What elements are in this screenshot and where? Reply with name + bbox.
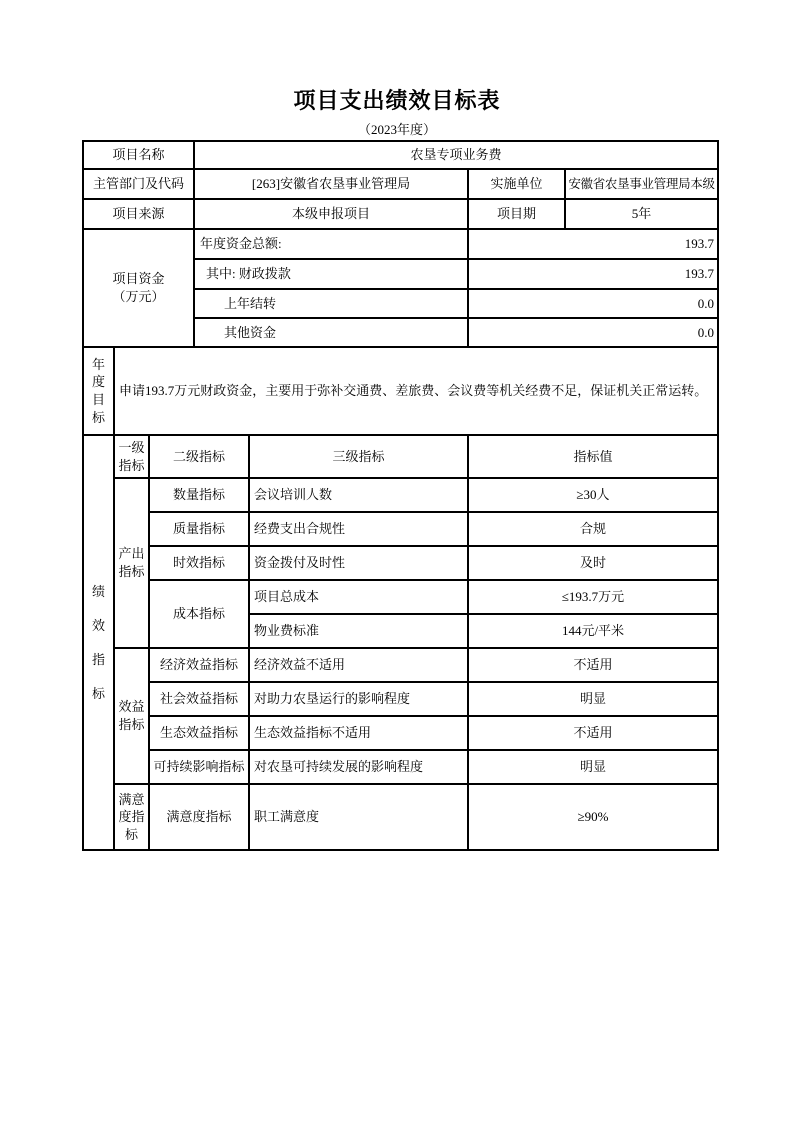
period-cell: 5年 bbox=[565, 199, 718, 229]
dept-code-label-cell: 主管部门及代码 bbox=[83, 169, 194, 199]
impl-unit-label-cell: 实施单位 bbox=[468, 169, 565, 199]
value-cell: ≥30人 bbox=[468, 478, 718, 512]
indicators-table: 绩效指标 一级指标 二级指标 三级指标 指标值 产出指标 数量指标 会议培训人数… bbox=[82, 434, 719, 851]
funds-other-label-cell: 其他资金 bbox=[194, 318, 468, 347]
period-label-cell: 项目期 bbox=[468, 199, 565, 229]
funds-carryover-label-cell: 上年结转 bbox=[194, 289, 468, 318]
table-row: 年度目标 申请193.7万元财政资金，主要用于弥补交通费、差旅费、会议费等机关经… bbox=[83, 347, 718, 435]
output-group-cell: 产出指标 bbox=[114, 478, 149, 648]
table-row: 主管部门及代码 [263]安徽省农垦事业管理局 实施单位 安徽省农垦事业管理局本… bbox=[83, 169, 718, 199]
level2-cell: 质量指标 bbox=[149, 512, 249, 546]
performance-target-table: 项目名称 农垦专项业务费 主管部门及代码 [263]安徽省农垦事业管理局 实施单… bbox=[82, 140, 717, 851]
value-cell: 合规 bbox=[468, 512, 718, 546]
level2-cell: 成本指标 bbox=[149, 580, 249, 648]
value-cell: 明显 bbox=[468, 750, 718, 784]
value-cell: 144元/平米 bbox=[468, 614, 718, 648]
source-label-cell: 项目来源 bbox=[83, 199, 194, 229]
satisfaction-group-cell: 满意度指标 bbox=[114, 784, 149, 850]
funds-label-cell: 项目资金 （万元） bbox=[83, 229, 194, 347]
level3-cell: 经费支出合规性 bbox=[249, 512, 468, 546]
indicators-group-label-cell: 绩效指标 bbox=[83, 435, 114, 850]
level3-cell: 经济效益不适用 bbox=[249, 648, 468, 682]
table-row: 产出指标 数量指标 会议培训人数 ≥30人 bbox=[83, 478, 718, 512]
level2-cell: 经济效益指标 bbox=[149, 648, 249, 682]
table-row: 项目来源 本级申报项目 项目期 5年 bbox=[83, 199, 718, 229]
level3-cell: 物业费标准 bbox=[249, 614, 468, 648]
annual-goal-text-cell: 申请193.7万元财政资金，主要用于弥补交通费、差旅费、会议费等机关经费不足，保… bbox=[114, 347, 718, 435]
funds-fiscal-value-cell: 193.7 bbox=[468, 259, 718, 289]
annual-goal-table: 年度目标 申请193.7万元财政资金，主要用于弥补交通费、差旅费、会议费等机关经… bbox=[82, 346, 719, 436]
value-cell: 不适用 bbox=[468, 716, 718, 750]
table-row: 效益指标 经济效益指标 经济效益不适用 不适用 bbox=[83, 648, 718, 682]
level3-cell: 项目总成本 bbox=[249, 580, 468, 614]
level2-cell: 满意度指标 bbox=[149, 784, 249, 850]
funds-other-value-cell: 0.0 bbox=[468, 318, 718, 347]
source-cell: 本级申报项目 bbox=[194, 199, 468, 229]
table-row: 满意度指标 满意度指标 职工满意度 ≥90% bbox=[83, 784, 718, 850]
value-cell: 不适用 bbox=[468, 648, 718, 682]
project-name-label-cell: 项目名称 bbox=[83, 141, 194, 169]
table-row: 质量指标 经费支出合规性 合规 bbox=[83, 512, 718, 546]
funds-fiscal-label-cell: 其中: 财政拨款 bbox=[194, 259, 468, 289]
indicators-group-label: 绩效指标 bbox=[92, 575, 106, 711]
benefit-group-cell: 效益指标 bbox=[114, 648, 149, 784]
value-cell: ≥90% bbox=[468, 784, 718, 850]
annual-goal-label-cell: 年度目标 bbox=[83, 347, 114, 435]
level3-cell: 会议培训人数 bbox=[249, 478, 468, 512]
level2-cell: 时效指标 bbox=[149, 546, 249, 580]
level3-cell: 生态效益指标不适用 bbox=[249, 716, 468, 750]
level3-cell: 资金拨付及时性 bbox=[249, 546, 468, 580]
funds-table: 项目资金 （万元） 年度资金总额: 193.7 其中: 财政拨款 193.7 上… bbox=[82, 228, 719, 348]
project-name-cell: 农垦专项业务费 bbox=[194, 141, 718, 169]
value-cell: ≤193.7万元 bbox=[468, 580, 718, 614]
funds-carryover-value-cell: 0.0 bbox=[468, 289, 718, 318]
basic-info-table: 项目名称 农垦专项业务费 主管部门及代码 [263]安徽省农垦事业管理局 实施单… bbox=[82, 140, 719, 230]
table-row: 项目名称 农垦专项业务费 bbox=[83, 141, 718, 169]
page-title: 项目支出绩效目标表 bbox=[0, 84, 794, 115]
table-row: 生态效益指标 生态效益指标不适用 不适用 bbox=[83, 716, 718, 750]
dept-code-cell: [263]安徽省农垦事业管理局 bbox=[194, 169, 468, 199]
indicators-header-row: 绩效指标 一级指标 二级指标 三级指标 指标值 bbox=[83, 435, 718, 478]
header-level3-cell: 三级指标 bbox=[249, 435, 468, 478]
level2-cell: 社会效益指标 bbox=[149, 682, 249, 716]
funds-total-value-cell: 193.7 bbox=[468, 229, 718, 259]
page-subtitle: （2023年度） bbox=[0, 119, 794, 138]
value-cell: 及时 bbox=[468, 546, 718, 580]
document-page: 项目支出绩效目标表 （2023年度） 项目名称 农垦专项业务费 主管部门及代码 … bbox=[0, 0, 794, 1122]
funds-total-label-cell: 年度资金总额: bbox=[194, 229, 468, 259]
value-cell: 明显 bbox=[468, 682, 718, 716]
level3-cell: 职工满意度 bbox=[249, 784, 468, 850]
table-row: 项目资金 （万元） 年度资金总额: 193.7 bbox=[83, 229, 718, 259]
header-value-cell: 指标值 bbox=[468, 435, 718, 478]
header-level2-cell: 二级指标 bbox=[149, 435, 249, 478]
table-row: 可持续影响指标 对农垦可持续发展的影响程度 明显 bbox=[83, 750, 718, 784]
level2-cell: 数量指标 bbox=[149, 478, 249, 512]
level2-cell: 生态效益指标 bbox=[149, 716, 249, 750]
header-level1-cell: 一级指标 bbox=[114, 435, 149, 478]
impl-unit-cell: 安徽省农垦事业管理局本级 bbox=[565, 169, 718, 199]
level2-cell: 可持续影响指标 bbox=[149, 750, 249, 784]
table-row: 社会效益指标 对助力农垦运行的影响程度 明显 bbox=[83, 682, 718, 716]
level3-cell: 对助力农垦运行的影响程度 bbox=[249, 682, 468, 716]
level3-cell: 对农垦可持续发展的影响程度 bbox=[249, 750, 468, 784]
table-row: 成本指标 项目总成本 ≤193.7万元 bbox=[83, 580, 718, 614]
table-row: 时效指标 资金拨付及时性 及时 bbox=[83, 546, 718, 580]
